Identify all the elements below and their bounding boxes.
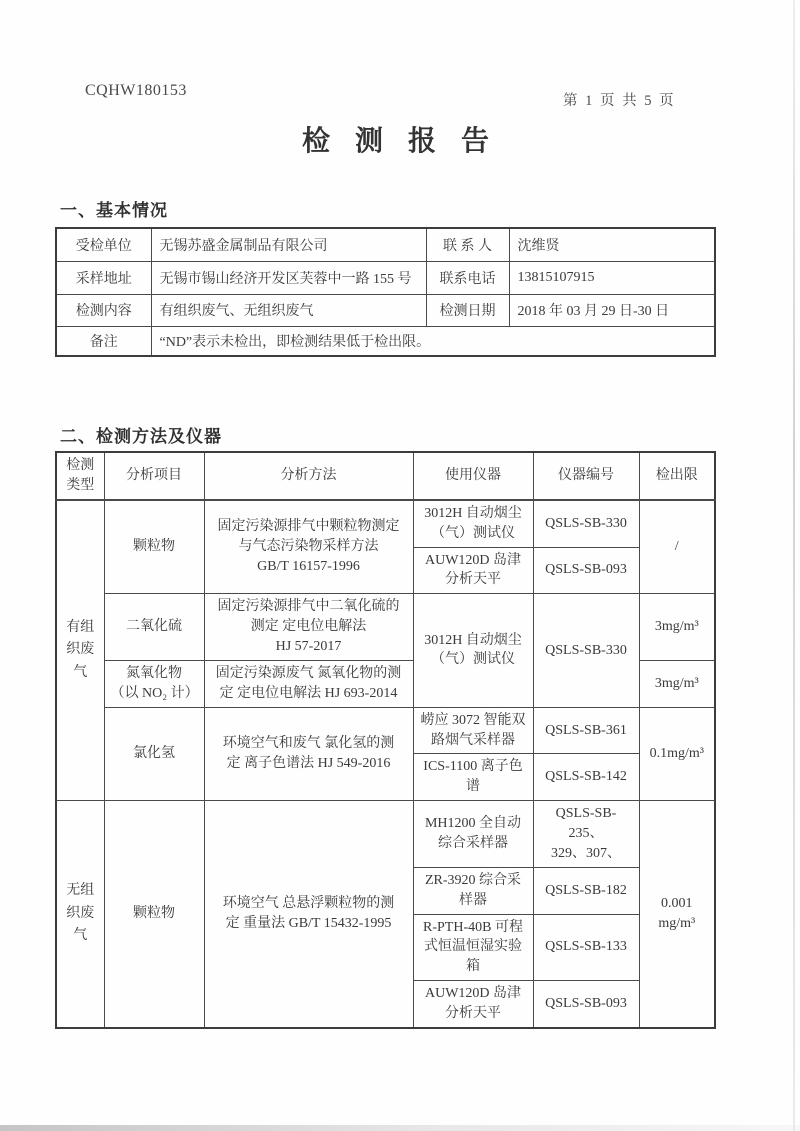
type-unorganized-waste-gas: 无组织废气: [56, 801, 104, 1028]
item-so2: 二氧化硫: [104, 594, 204, 661]
type-organized-waste-gas: 有组织废气: [56, 500, 104, 801]
field-label-test-date: 检测日期: [426, 294, 509, 326]
table-header-row: 检测类型 分析项目 分析方法 使用仪器 仪器编号 检出限: [56, 452, 715, 500]
paper-edge-right: [793, 0, 795, 1131]
report-title: 检 测 报 告: [0, 119, 800, 159]
field-value-contact-person: 沈维贤: [509, 228, 715, 261]
col-header-instrument-no: 仪器编号: [533, 452, 639, 500]
basic-info-table: 受检单位 无锡苏盛金属制品有限公司 联 系 人 沈维贤 采样地址 无锡市锡山经济…: [55, 227, 716, 357]
detection-limit: 3mg/m³: [639, 594, 715, 661]
method-hcl: 环境空气和废气 氯化氢的测 定 离子色谱法 HJ 549-2016: [204, 707, 413, 801]
table-row: 有组织废气 颗粒物 固定污染源排气中颗粒物测定 与气态污染物采样方法 GB/T …: [56, 500, 715, 547]
instrument: AUW120D 岛津 分析天平: [413, 981, 533, 1028]
instrument-no: QSLS-SB-093: [533, 981, 639, 1028]
field-label-inspected-unit: 受检单位: [56, 228, 151, 261]
instrument-no: QSLS-SB-235、 329、307、: [533, 801, 639, 868]
methods-table: 检测类型 分析项目 分析方法 使用仪器 仪器编号 检出限 有组织废气 颗粒物 固…: [55, 451, 716, 1029]
instrument: ICS-1100 离子色 谱: [413, 754, 533, 801]
table-row: 无组织废气 颗粒物 环境空气 总悬浮颗粒物的测 定 重量法 GB/T 15432…: [56, 801, 715, 868]
detection-limit: 0.001 mg/m³: [639, 801, 715, 1028]
field-value-test-date: 2018 年 03 月 29 日-30 日: [509, 294, 715, 326]
instrument-no: QSLS-SB-330: [533, 500, 639, 547]
section2-heading: 二、检测方法及仪器: [60, 422, 222, 447]
field-label-remark: 备注: [56, 326, 151, 356]
instrument: AUW120D 岛津 分析天平: [413, 547, 533, 594]
field-value-test-content: 有组织废气、无组织废气: [151, 294, 426, 326]
instrument-no: QSLS-SB-330: [533, 594, 639, 707]
instrument-no: QSLS-SB-142: [533, 754, 639, 801]
method-particulate-unorganized: 环境空气 总悬浮颗粒物的测 定 重量法 GB/T 15432-1995: [204, 801, 413, 1028]
instrument: 3012H 自动烟尘 （气）测试仪: [413, 500, 533, 547]
table-row: 采样地址 无锡市锡山经济开发区芙蓉中一路 155 号 联系电话 13815107…: [56, 261, 715, 294]
method-so2: 固定污染源排气中二氧化硫的 测定 定电位电解法 HJ 57-2017: [204, 594, 413, 661]
method-particulate: 固定污染源排气中颗粒物测定 与气态污染物采样方法 GB/T 16157-1996: [204, 500, 413, 594]
item-hcl: 氯化氢: [104, 707, 204, 801]
item-nox: 氮氧化物 （以 NO₂ 计）: [104, 660, 204, 707]
instrument-no: QSLS-SB-093: [533, 547, 639, 594]
field-value-inspected-unit: 无锡苏盛金属制品有限公司: [151, 228, 426, 261]
scanned-report-page: CQHW180153 第 1 页 共 5 页 检 测 报 告 一、基本情况 受检…: [0, 0, 800, 1131]
col-header-type: 检测类型: [56, 452, 104, 500]
document-number: CQHW180153: [85, 82, 187, 100]
table-row: 氯化氢 环境空气和废气 氯化氢的测 定 离子色谱法 HJ 549-2016 崂应…: [56, 707, 715, 754]
method-nox: 固定污染源废气 氮氧化物的测 定 定电位电解法 HJ 693-2014: [204, 660, 413, 707]
field-label-contact-phone: 联系电话: [426, 261, 509, 294]
field-value-sampling-address: 无锡市锡山经济开发区芙蓉中一路 155 号: [151, 261, 426, 294]
field-value-contact-phone: 13815107915: [509, 261, 715, 294]
instrument: ZR-3920 综合采 样器: [413, 867, 533, 914]
col-header-item: 分析项目: [104, 452, 204, 500]
col-header-method: 分析方法: [204, 452, 413, 500]
instrument: 3012H 自动烟尘 （气）测试仪: [413, 594, 533, 707]
detection-limit: 0.1mg/m³: [639, 707, 715, 801]
paper-edge-bottom: [0, 1125, 800, 1131]
field-label-test-content: 检测内容: [56, 294, 151, 326]
field-label-contact-person: 联 系 人: [426, 228, 509, 261]
section1-heading: 一、基本情况: [60, 196, 168, 221]
detection-limit: /: [639, 500, 715, 594]
detection-limit: 3mg/m³: [639, 660, 715, 707]
table-row: 二氧化硫 固定污染源排气中二氧化硫的 测定 定电位电解法 HJ 57-2017 …: [56, 594, 715, 661]
field-value-remark: “ND”表示未检出，即检测结果低于检出限。: [151, 326, 715, 356]
instrument: R-PTH-40B 可程 式恒温恒湿实验 箱: [413, 914, 533, 981]
instrument-no: QSLS-SB-182: [533, 867, 639, 914]
col-header-detection-limit: 检出限: [639, 452, 715, 500]
table-row: 备注 “ND”表示未检出，即检测结果低于检出限。: [56, 326, 715, 356]
instrument: 崂应 3072 智能双 路烟气采样器: [413, 707, 533, 754]
item-particulate: 颗粒物: [104, 500, 204, 594]
table-row: 检测内容 有组织废气、无组织废气 检测日期 2018 年 03 月 29 日-3…: [56, 294, 715, 326]
field-label-sampling-address: 采样地址: [56, 261, 151, 294]
instrument: MH1200 全自动 综合采样器: [413, 801, 533, 868]
col-header-instrument: 使用仪器: [413, 452, 533, 500]
page-indicator: 第 1 页 共 5 页: [563, 89, 676, 110]
table-row: 受检单位 无锡苏盛金属制品有限公司 联 系 人 沈维贤: [56, 228, 715, 261]
instrument-no: QSLS-SB-361: [533, 707, 639, 754]
item-particulate-unorganized: 颗粒物: [104, 801, 204, 1028]
instrument-no: QSLS-SB-133: [533, 914, 639, 981]
